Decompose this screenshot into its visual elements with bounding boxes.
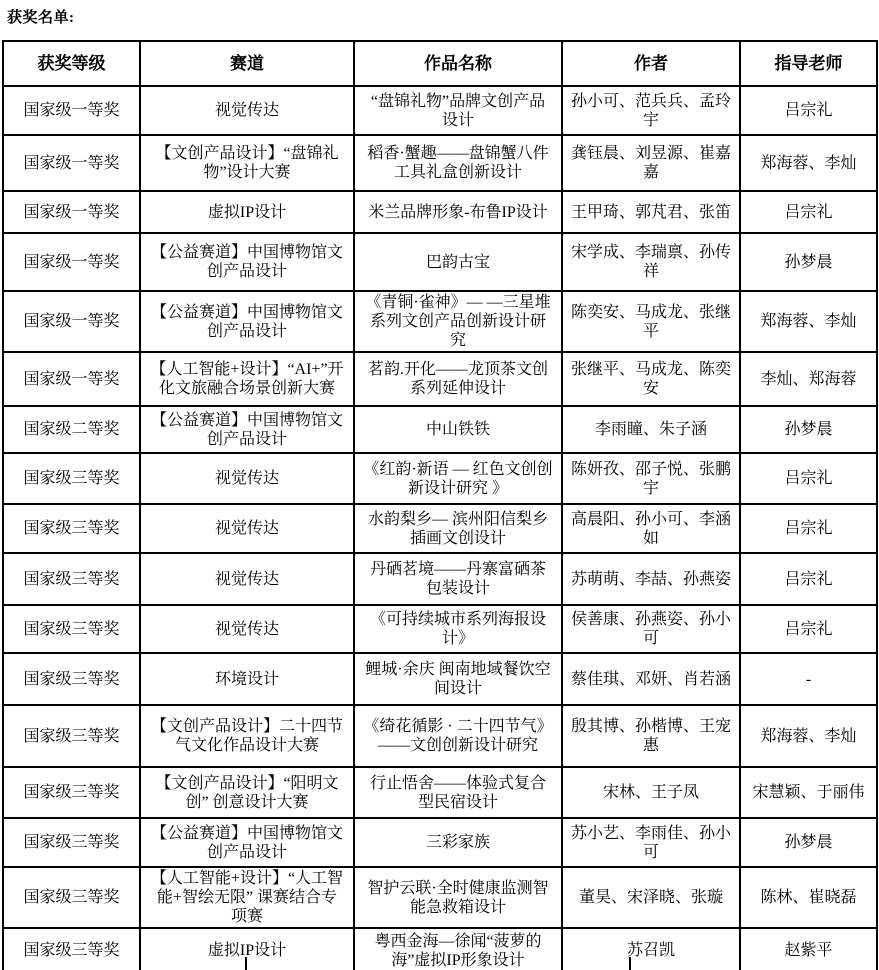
- table-row: 国家级三等奖【人工智能+设计】“人工智能+智绘无限” 课赛结合专项赛智护云联·全…: [3, 867, 877, 928]
- table-row: 国家级三等奖视觉传达《可持续城市系列海报设计》侯善康、孙燕姿、孙小可吕宗礼: [3, 605, 877, 653]
- cell-track: 视觉传达: [140, 86, 354, 135]
- table-row: 国家级三等奖【公益赛道】中国博物馆文创产品设计三彩家族苏小艺、李雨佳、孙小可孙梦…: [3, 818, 877, 867]
- cell-authors: 侯善康、孙燕姿、孙小可: [562, 605, 740, 653]
- cell-authors: 苏召凯: [562, 928, 740, 970]
- cell-award-level: 国家级三等奖: [3, 767, 140, 818]
- cell-advisor: 宋慧颖、于丽伟: [740, 767, 877, 818]
- cell-award-level: 国家级三等奖: [3, 705, 140, 767]
- cell-track: 虚拟IP设计: [140, 191, 354, 233]
- cell-authors: 王甲琦、郭芃君、张笛: [562, 191, 740, 233]
- cell-advisor: 赵紫平: [740, 928, 877, 970]
- cell-advisor: 吕宗礼: [740, 605, 877, 653]
- cell-advisor: 郑海蓉、李灿: [740, 291, 877, 352]
- cell-work-title: 《可持续城市系列海报设计》: [354, 605, 562, 653]
- cell-track: 视觉传达: [140, 504, 354, 553]
- cell-work-title: 行止悟舍——体验式复合型民宿设计: [354, 767, 562, 818]
- table-row: 国家级三等奖环境设计鲤城·余庆 闽南地域餐饮空间设计蔡佳琪、邓妍、肖若涵-: [3, 653, 877, 705]
- cell-track: 虚拟IP设计: [140, 928, 354, 970]
- cell-work-title: 《青铜·雀神》— —三星堆系列文创产品创新设计研究: [354, 291, 562, 352]
- cell-advisor: 郑海蓉、李灿: [740, 705, 877, 767]
- cell-award-level: 国家级三等奖: [3, 605, 140, 653]
- column-header-level: 获奖等级: [3, 41, 140, 86]
- cell-track: 【公益赛道】中国博物馆文创产品设计: [140, 818, 354, 867]
- cell-authors: 宋林、王子凤: [562, 767, 740, 818]
- cell-authors: 高晨阳、孙小可、李涵如: [562, 504, 740, 553]
- cell-award-level: 国家级一等奖: [3, 352, 140, 406]
- cell-award-level: 国家级三等奖: [3, 818, 140, 867]
- column-header-teacher: 指导老师: [740, 41, 877, 86]
- cell-award-level: 国家级一等奖: [3, 233, 140, 291]
- cell-track: 【公益赛道】中国博物馆文创产品设计: [140, 233, 354, 291]
- cell-authors: 宋学成、李瑞禀、孙传祥: [562, 233, 740, 291]
- cell-track: 【人工智能+设计】“AI+”开化文旅融合场景创新大赛: [140, 352, 354, 406]
- cell-track: 【文创产品设计】“盘锦礼物”设计大赛: [140, 135, 354, 191]
- cell-track: 【文创产品设计】“阳明文创” 创意设计大赛: [140, 767, 354, 818]
- cell-authors: 蔡佳琪、邓妍、肖若涵: [562, 653, 740, 705]
- cell-advisor: 吕宗礼: [740, 86, 877, 135]
- table-header-row: 获奖等级赛道作品名称作者指导老师: [3, 41, 877, 86]
- cell-advisor: 吕宗礼: [740, 191, 877, 233]
- cell-work-title: 《红韵·新语 — 红色文创创新设计研究 》: [354, 453, 562, 504]
- table-row: 国家级三等奖视觉传达《红韵·新语 — 红色文创创新设计研究 》陈妍孜、邵子悦、张…: [3, 453, 877, 504]
- column-header-authors: 作者: [562, 41, 740, 86]
- cell-advisor: 吕宗礼: [740, 453, 877, 504]
- cell-work-title: 中山铁铁: [354, 406, 562, 453]
- cell-advisor: 吕宗礼: [740, 504, 877, 553]
- cell-award-level: 国家级一等奖: [3, 135, 140, 191]
- cell-award-level: 国家级三等奖: [3, 453, 140, 504]
- page-title: 获奖名单:: [7, 6, 75, 27]
- cell-work-title: 稻香·蟹趣——盘锦蟹八件工具礼盒创新设计: [354, 135, 562, 191]
- table-header: 获奖等级赛道作品名称作者指导老师: [3, 41, 877, 86]
- cell-track: 环境设计: [140, 653, 354, 705]
- cell-advisor: 陈林、崔晓磊: [740, 867, 877, 928]
- table-row: 国家级二等奖【公益赛道】中国博物馆文创产品设计中山铁铁李雨瞳、朱子涵孙梦晨: [3, 406, 877, 453]
- cell-authors: 董昊、宋泽晓、张璇: [562, 867, 740, 928]
- cell-advisor: 孙梦晨: [740, 233, 877, 291]
- cell-award-level: 国家级一等奖: [3, 86, 140, 135]
- table-row: 国家级三等奖虚拟IP设计粤西金海—徐闻“菠萝的海”虚拟IP形象设计苏召凯赵紫平: [3, 928, 877, 970]
- cell-authors: 苏萌萌、李喆、孙燕姿: [562, 553, 740, 605]
- cell-advisor: 郑海蓉、李灿: [740, 135, 877, 191]
- table-row: 国家级一等奖视觉传达“盘锦礼物”品牌文创产品设计孙小可、范兵兵、孟玲宇吕宗礼: [3, 86, 877, 135]
- cell-authors: 孙小可、范兵兵、孟玲宇: [562, 86, 740, 135]
- cell-work-title: 三彩家族: [354, 818, 562, 867]
- cell-award-level: 国家级三等奖: [3, 867, 140, 928]
- cell-work-title: 《绮花循影 · 二十四节气》——文创创新设计研究: [354, 705, 562, 767]
- cell-award-level: 国家级三等奖: [3, 653, 140, 705]
- cell-track: 视觉传达: [140, 605, 354, 653]
- cell-authors: 陈妍孜、邵子悦、张鹏宇: [562, 453, 740, 504]
- cell-track: 视觉传达: [140, 553, 354, 605]
- cell-track: 【公益赛道】中国博物馆文创产品设计: [140, 291, 354, 352]
- cell-advisor: 孙梦晨: [740, 818, 877, 867]
- cell-work-title: 鲤城·余庆 闽南地域餐饮空间设计: [354, 653, 562, 705]
- cell-advisor: 李灿、郑海蓉: [740, 352, 877, 406]
- award-list-table: 获奖等级赛道作品名称作者指导老师 国家级一等奖视觉传达“盘锦礼物”品牌文创产品设…: [2, 40, 878, 970]
- cell-award-level: 国家级三等奖: [3, 504, 140, 553]
- table-row: 国家级一等奖【人工智能+设计】“AI+”开化文旅融合场景创新大赛茗韵.开化——龙…: [3, 352, 877, 406]
- partial-next-row-border-right: [629, 957, 631, 970]
- table-row: 国家级三等奖【文创产品设计】二十四节气文化作品设计大赛《绮花循影 · 二十四节气…: [3, 705, 877, 767]
- cell-authors: 殷其博、孙楷博、王宠惠: [562, 705, 740, 767]
- cell-work-title: “盘锦礼物”品牌文创产品设计: [354, 86, 562, 135]
- table-row: 国家级三等奖视觉传达丹硒茗境——丹寨富硒茶包装设计苏萌萌、李喆、孙燕姿吕宗礼: [3, 553, 877, 605]
- cell-authors: 苏小艺、李雨佳、孙小可: [562, 818, 740, 867]
- cell-award-level: 国家级三等奖: [3, 553, 140, 605]
- cell-work-title: 水韵梨乡— 滨州阳信梨乡插画文创设计: [354, 504, 562, 553]
- cell-award-level: 国家级一等奖: [3, 291, 140, 352]
- table-row: 国家级三等奖视觉传达水韵梨乡— 滨州阳信梨乡插画文创设计高晨阳、孙小可、李涵如吕…: [3, 504, 877, 553]
- cell-work-title: 粤西金海—徐闻“菠萝的海”虚拟IP形象设计: [354, 928, 562, 970]
- cell-track: 【人工智能+设计】“人工智能+智绘无限” 课赛结合专项赛: [140, 867, 354, 928]
- cell-advisor: 吕宗礼: [740, 553, 877, 605]
- cell-advisor: -: [740, 653, 877, 705]
- column-header-track: 赛道: [140, 41, 354, 86]
- cell-award-level: 国家级二等奖: [3, 406, 140, 453]
- table-body: 国家级一等奖视觉传达“盘锦礼物”品牌文创产品设计孙小可、范兵兵、孟玲宇吕宗礼国家…: [3, 86, 877, 970]
- cell-work-title: 米兰品牌形象-布鲁IP设计: [354, 191, 562, 233]
- table-row: 国家级一等奖【文创产品设计】“盘锦礼物”设计大赛稻香·蟹趣——盘锦蟹八件工具礼盒…: [3, 135, 877, 191]
- cell-advisor: 孙梦晨: [740, 406, 877, 453]
- cell-authors: 龚钰晨、刘昱源、崔嘉嘉: [562, 135, 740, 191]
- cell-award-level: 国家级一等奖: [3, 191, 140, 233]
- page: 获奖名单: 获奖等级赛道作品名称作者指导老师 国家级一等奖视觉传达“盘锦礼物”品…: [0, 0, 879, 970]
- cell-work-title: 丹硒茗境——丹寨富硒茶包装设计: [354, 553, 562, 605]
- table-row: 国家级一等奖虚拟IP设计米兰品牌形象-布鲁IP设计王甲琦、郭芃君、张笛吕宗礼: [3, 191, 877, 233]
- partial-next-row-border-left: [245, 957, 247, 970]
- cell-track: 【文创产品设计】二十四节气文化作品设计大赛: [140, 705, 354, 767]
- cell-work-title: 智护云联·全时健康监测智能急救箱设计: [354, 867, 562, 928]
- table-row: 国家级一等奖【公益赛道】中国博物馆文创产品设计巴韵古宝宋学成、李瑞禀、孙传祥孙梦…: [3, 233, 877, 291]
- column-header-work: 作品名称: [354, 41, 562, 86]
- cell-track: 【公益赛道】中国博物馆文创产品设计: [140, 406, 354, 453]
- cell-authors: 陈奕安、马成龙、张继平: [562, 291, 740, 352]
- cell-authors: 李雨瞳、朱子涵: [562, 406, 740, 453]
- table-row: 国家级一等奖【公益赛道】中国博物馆文创产品设计《青铜·雀神》— —三星堆系列文创…: [3, 291, 877, 352]
- cell-work-title: 茗韵.开化——龙顶茶文创系列延伸设计: [354, 352, 562, 406]
- cell-track: 视觉传达: [140, 453, 354, 504]
- cell-award-level: 国家级三等奖: [3, 928, 140, 970]
- cell-work-title: 巴韵古宝: [354, 233, 562, 291]
- table-row: 国家级三等奖【文创产品设计】“阳明文创” 创意设计大赛行止悟舍——体验式复合型民…: [3, 767, 877, 818]
- cell-authors: 张继平、马成龙、陈奕安: [562, 352, 740, 406]
